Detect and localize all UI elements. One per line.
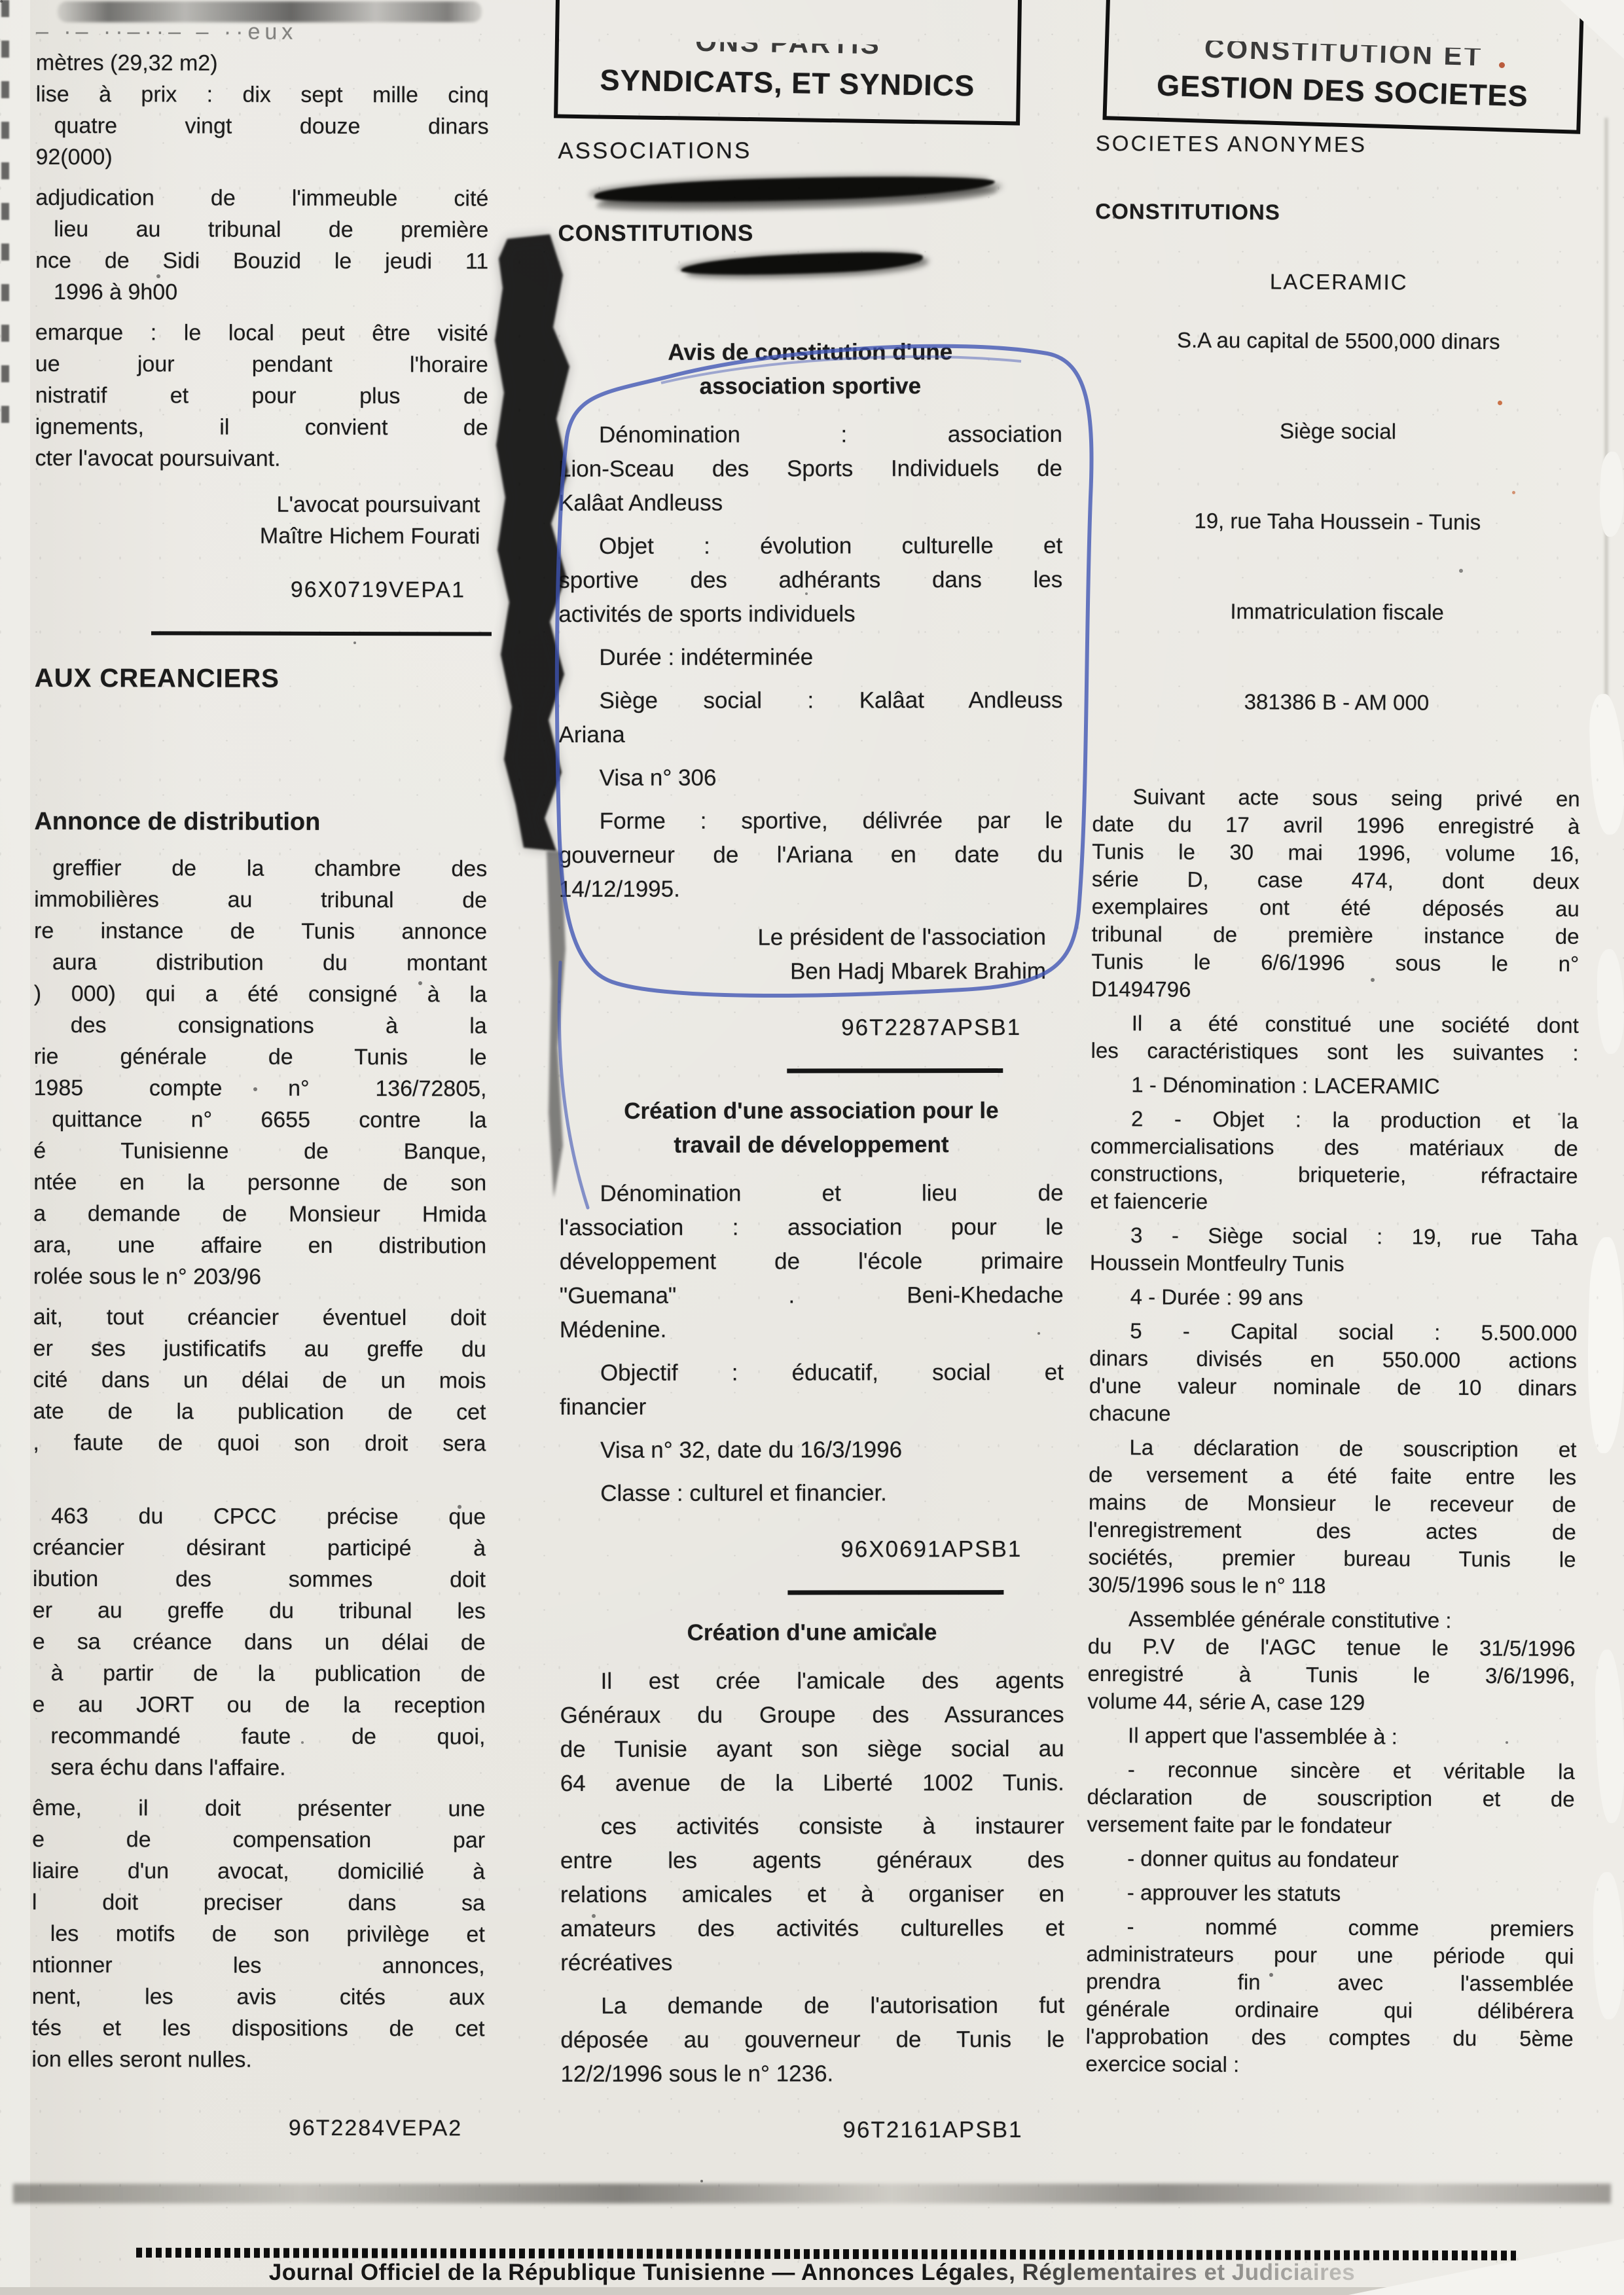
section-divider (787, 1590, 1003, 1595)
text-line: relations amicales et à organiser en (560, 1877, 1064, 1912)
text-line: 381386 B - AM 000 (1092, 656, 1581, 749)
text-line: l doit preciser dans sa (32, 1887, 485, 1919)
text-line: Il a été constitué une société dont (1091, 1009, 1579, 1039)
rust-speck (1512, 491, 1515, 494)
column-right: SOCIETES ANONYMESCONSTITUTIONSLACERAMICS… (1085, 0, 1584, 2080)
record-code: 96T2287APSB1 (559, 1011, 1063, 1045)
text-line: cité dans un délai de un mois (33, 1364, 486, 1396)
text-line: tribunal de première instance de (1091, 920, 1579, 950)
text-line: 4 - Durée : 99 ans (1090, 1283, 1578, 1313)
text-line: emarque : le local peut être visité (35, 317, 488, 349)
section-box-constitution-gestion: CONSTITUTION ET GESTION DES SOCIETES (1102, 0, 1585, 134)
paper-tear (1588, 693, 1624, 835)
text-line: Maître Hichem Fourati (35, 520, 488, 552)
text-line: mains de Monsieur le receveur de (1089, 1489, 1576, 1519)
text-line: Suivant acte sous seing privé en (1092, 783, 1580, 813)
text-line: - reconnue sincère et véritable la (1087, 1756, 1575, 1786)
text-line: l'approbation des comptes du 5ème (1086, 2023, 1574, 2053)
text-line: Visa n° 306 (559, 761, 1063, 795)
text-line: 92(000) (35, 141, 488, 173)
text-line: Objectif : éducatif, social et (560, 1356, 1064, 1390)
text-line: développement de l'école primaire (560, 1244, 1064, 1279)
text-line: nce de Sidi Bouzid le jeudi 11 (35, 245, 488, 277)
text-line: générale ordinaire qui délibérera (1086, 1995, 1574, 2025)
paper-tear (1593, 1872, 1624, 2019)
text-line: ue jour pendant l'horaire (35, 348, 488, 380)
text-line: 19, rue Taha Houssein - Tunis (1093, 475, 1581, 568)
record-code: 96T2284VEPA2 (31, 2112, 484, 2144)
text-line: ntionner les annonces, (32, 1949, 485, 1981)
text-line: Visa n° 32, date du 16/3/1996 (560, 1433, 1064, 1468)
text-line: 30/5/1996 sous le n° 118 (1088, 1571, 1576, 1601)
text-line: immobilières au tribunal de (34, 884, 487, 916)
company-name: LACERAMIC (1095, 267, 1583, 297)
paper-tear (1595, 1650, 1624, 1824)
rust-speck (1498, 401, 1502, 405)
text-line: rolée sous le n° 203/96 (33, 1261, 486, 1293)
text-line: ibution des sommes doit (33, 1563, 486, 1595)
text-line: "Guemana" . Beni-Khedache (560, 1278, 1064, 1313)
text-line: - donner quitus au fondateur (1087, 1845, 1574, 1875)
paper-tear (1585, 1237, 1624, 1453)
text-line: ême, il doit présenter une (32, 1792, 485, 1824)
text-line: lieu au tribunal de première (35, 213, 488, 245)
text-line: déposée au gouverneur de Tunis le (560, 2023, 1064, 2057)
text-line: recommandé faute de quoi, (32, 1720, 485, 1752)
text-line: les motifs de son privilège et (32, 1918, 485, 1950)
text-line: Siège social : Kalâat Andleuss (558, 683, 1062, 718)
text-line: volume 44, série A, case 129 (1087, 1688, 1575, 1718)
text-line: Houssein Montfeulry Tunis (1090, 1249, 1578, 1279)
text-line: Objet : évolution culturelle et (558, 529, 1062, 564)
text-line: 14/12/1995. (559, 872, 1063, 907)
text-line: Le président de l'association (559, 920, 1063, 955)
text-line: Tunis le 6/6/1996 sous le n° (1091, 948, 1579, 978)
rust-speck (1499, 62, 1505, 68)
text-line: Siège social (1094, 385, 1582, 478)
text-line: tés et les dispositions de cet (31, 2012, 484, 2044)
scan-fold-band (26, 2215, 1598, 2227)
text-line: Généraux du Groupe des Assurances (560, 1698, 1064, 1733)
heading-societes-anonymes: SOCIETES ANONYMES (1096, 130, 1583, 160)
text-line: sociétés, premier bureau Tunis le (1088, 1544, 1576, 1574)
record-code: 96X0691APSB1 (560, 1532, 1064, 1567)
text-line: Il est crée l'amicale des agents (560, 1664, 1064, 1699)
scanned-newspaper-page: ONS PARTIS SYNDICATS, ET SYNDICS CONSTIT… (0, 0, 1624, 2295)
text-line: sportive des adhérants dans les (558, 563, 1062, 598)
text-line: Tunis le 30 mai 1996, volume 16, (1092, 838, 1579, 868)
text-line: quatre vingt douze dinars (36, 110, 489, 142)
text-line: 463 du CPCC précise que (33, 1500, 486, 1532)
text-line: commercialisations des matériaux de (1091, 1132, 1578, 1163)
text-line: Classe : culturel et financier. (560, 1476, 1064, 1511)
text-line: quittance n° 6655 contre la (33, 1104, 486, 1136)
text-line: Médenine. (560, 1312, 1064, 1347)
text-line: chacune (1089, 1400, 1577, 1430)
page-bottom-edge (0, 2287, 1624, 2295)
page-edge-marks (1, 0, 9, 432)
text-line: à partir de la publication de (33, 1657, 486, 1690)
text-line: Dénomination et lieu de (560, 1176, 1064, 1211)
cut-off-text: ONS PARTIS (695, 42, 881, 60)
footer-dotted-rule (136, 2248, 1516, 2260)
column-middle: ASSOCIATIONSCONSTITUTIONSAvis de constit… (558, 0, 1065, 2148)
text-line: les caractéristiques sont les suivantes … (1091, 1037, 1578, 1067)
text-line: gouverneur de l'Ariana en date du (559, 838, 1063, 873)
section-box-syndicats: ONS PARTIS SYNDICATS, ET SYNDICS (554, 0, 1022, 126)
text-line: dinars divisés en 550.000 actions (1089, 1345, 1577, 1375)
paper-tear (1598, 451, 1624, 537)
text-line: nistratif et pour plus de (35, 380, 488, 412)
text-line: er au greffe du tribunal les (33, 1595, 486, 1627)
text-line: 3 - Siège social : 19, rue Taha (1090, 1221, 1578, 1252)
text-line: des consignations à la (34, 1009, 487, 1041)
text-line: liaire d'un avocat, domicilié à (32, 1855, 485, 1887)
text-line: ignements, il convient de (35, 411, 488, 443)
text-line: e au JORT ou de la reception (32, 1689, 485, 1721)
text-line: Dénomination : association (558, 418, 1062, 452)
text-line: re instance de Tunis annonce (34, 915, 487, 947)
text-line: et faiencerie (1090, 1187, 1578, 1218)
text-line: exemplaires ont été déposés au (1092, 893, 1579, 923)
text-line: lise à prix : dix sept mille cinq (36, 79, 489, 111)
section-title-gestion-societes: GESTION DES SOCIETES (1156, 68, 1528, 115)
text-line: Forme : sportive, délivrée par le (559, 804, 1063, 839)
heading-constitutions: CONSTITUTIONS (558, 216, 1062, 251)
column-left: – ·– ··–··– – ··euxmètres (29,32 m2)lise… (31, 0, 489, 2144)
text-line: D1494796 (1091, 975, 1579, 1005)
text-line: mètres (29,32 m2) (36, 47, 489, 79)
text-line: association sportive (558, 369, 1062, 404)
scan-fold-band (13, 2184, 1611, 2203)
text-line: er ses justificatifs au greffe du (33, 1333, 486, 1365)
announcement-title: Avis de constitution d'une (558, 335, 1062, 370)
section-divider (151, 631, 492, 636)
text-line: 12/2/1996 sous le n° 1236. (560, 2057, 1064, 2091)
text-line: ntée en la personne de son (33, 1166, 486, 1199)
text-line: e de compensation par (32, 1824, 485, 1856)
announcement-title: Création d'une association pour le (559, 1094, 1063, 1129)
record-code: 96X0719VEPA1 (35, 573, 488, 605)
section-title-syndicats: SYNDICATS, ET SYNDICS (600, 62, 975, 103)
text-line: enregistré à Tunis le 3/6/1996, (1088, 1660, 1576, 1690)
text-line: de Tunisie ayant son siège social au (560, 1732, 1064, 1767)
text-line: série D, case 474, dont deux (1092, 865, 1579, 895)
section-divider (787, 1068, 1003, 1073)
text-line: cter l'avocat poursuivant. (35, 443, 488, 475)
text-line: é Tunisienne de Banque, (33, 1135, 486, 1167)
signature-name: Ben Hadj Mbarek Brahim (559, 954, 1063, 989)
subheading-annonce-distribution: Annonce de distribution (34, 805, 487, 839)
text-line: 2 - Objet : la production et la (1091, 1105, 1578, 1135)
heading-associations: ASSOCIATIONS (558, 134, 1062, 168)
text-line: 1 - Dénomination : LACERAMIC (1091, 1071, 1578, 1101)
text-line: ate de la publication de cet (33, 1396, 486, 1428)
text-line: d'une valeur nominale de 10 dinars (1089, 1372, 1577, 1402)
text-line: l'association : association pour le (560, 1210, 1064, 1245)
text-line: ces activités consiste à instaurer (560, 1809, 1064, 1844)
text-line: Kalâat Andleuss (558, 486, 1062, 520)
text-line: - nommé comme premiers (1086, 1913, 1574, 1943)
text-line: travail de développement (559, 1128, 1063, 1163)
text-line: ion elles seront nulles. (31, 2044, 484, 2076)
text-line: ait, tout créancier éventuel doit (33, 1301, 486, 1333)
text-line: versement faite par le fondateur (1087, 1811, 1574, 1841)
record-code: 96T2161APSB1 (561, 2113, 1065, 2148)
text-line: Durée : indéterminée (558, 640, 1062, 675)
text-line: constructions, briqueterie, réfractaire (1091, 1160, 1578, 1190)
text-line: Ariana (559, 717, 1063, 752)
text-line: a demande de Monsieur Hmida (33, 1198, 486, 1230)
text-line: S.A au capital de 5500,000 dinars (1094, 295, 1583, 388)
text-line: rie générale de Tunis le (34, 1041, 487, 1073)
text-line: 5 - Capital social : 5.500.000 (1089, 1317, 1577, 1347)
text-line: ) 000) qui a été consigné à la (34, 978, 487, 1010)
text-line: L'avocat poursuivant (35, 488, 488, 520)
text-line: récréatives (560, 1945, 1064, 1980)
text-line: 1996 à 9h00 (35, 276, 488, 308)
text-line: amateurs des activités culturelles et (560, 1911, 1064, 1946)
text-line: nent, les avis cités aux (32, 1981, 485, 2013)
text-line: e sa créance dans un délai de (33, 1626, 486, 1658)
heading-constitutions: CONSTITUTIONS (1095, 198, 1583, 228)
paper-tear (1597, 949, 1624, 1054)
text-line: 64 avenue de la Liberté 1002 Tunis. (560, 1766, 1064, 1801)
text-line: entre les agents généraux des (560, 1843, 1064, 1878)
text-line: greffier de la chambre des (34, 852, 487, 884)
text-line: , faute de quoi son droit sera (33, 1427, 486, 1459)
text-line: La déclaration de souscription et (1089, 1434, 1576, 1464)
text-line: prendra fin avec l'assemblée (1086, 1968, 1574, 1998)
announcement-title: Création d'une amicale (560, 1616, 1064, 1650)
footer-journal-title: Journal Officiel de la République Tunisi… (0, 2260, 1624, 2286)
text-line: déclaration de souscription et de (1087, 1783, 1575, 1813)
text-line: financier (560, 1390, 1064, 1424)
heading-aux-creanciers: AUX CREANCIERS (35, 661, 488, 696)
cut-off-text: CONSTITUTION ET (1204, 41, 1483, 71)
text-line: 1985 compte n° 136/72805, (33, 1072, 486, 1104)
toner-specks (0, 0, 3, 3)
text-line: du P.V de l'AGC tenue le 31/5/1996 (1088, 1633, 1576, 1663)
text-line: Immatriculation fiscale (1093, 566, 1581, 659)
text-line: – ·– ··–··– – ··eux (36, 16, 489, 48)
text-line: Il appert que l'assemblée à : (1087, 1722, 1575, 1752)
text-line: de versement a été faite entre les (1089, 1461, 1576, 1491)
text-line: sera échu dans l'affaire. (32, 1752, 485, 1784)
paper-crease (1605, 118, 1608, 746)
text-line: ara, une affaire en distribution (33, 1229, 486, 1261)
text-line: créancier désirant participé à (33, 1532, 486, 1564)
text-line: l'enregistrement des actes de (1089, 1516, 1576, 1546)
text-line: exercice social : (1085, 2050, 1573, 2080)
text-line: La demande de l'autorisation fut (560, 1989, 1064, 2023)
text-line: Assemblée générale constitutive : (1088, 1605, 1576, 1635)
text-line: administrateurs pour une période qui (1086, 1940, 1574, 1970)
text-line: date du 17 avril 1996 enregistré à (1092, 810, 1579, 840)
text-line: Lion-Sceau des Sports Individuels de (558, 452, 1062, 486)
text-line: - approuver les statuts (1087, 1879, 1574, 1909)
paper-margin (0, 0, 30, 2295)
text-line: activités de sports individuels (558, 597, 1062, 632)
text-line: aura distribution du montant (34, 947, 487, 979)
text-line: adjudication de l'immeuble cité (35, 182, 488, 214)
